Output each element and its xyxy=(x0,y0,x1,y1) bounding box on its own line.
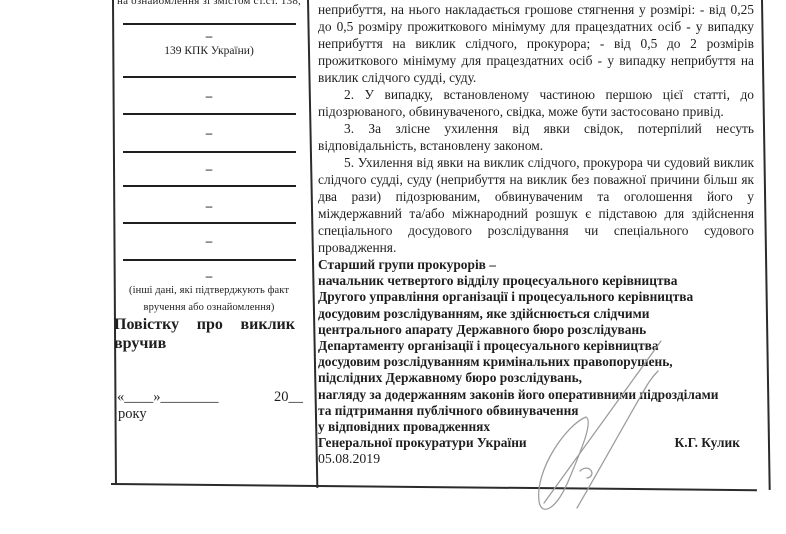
blank-line xyxy=(123,222,296,224)
left-column: на ознайомлення зі змістом ст.ст. 138, –… xyxy=(112,0,306,486)
dash-mark: – xyxy=(112,234,306,248)
blank-line xyxy=(123,185,296,187)
word: Повістку xyxy=(114,315,179,334)
prosecutor-title-line: Старший групи прокурорів – xyxy=(318,257,754,273)
dash-mark: – xyxy=(112,89,306,103)
summons-handed-line1: Повістку про виклик xyxy=(114,315,295,334)
word: про xyxy=(197,315,223,334)
signer-name: К.Г. Кулик xyxy=(675,435,740,451)
dash-mark: – xyxy=(112,29,306,43)
scanned-summons-document: на ознайомлення зі змістом ст.ст. 138, –… xyxy=(0,0,786,534)
blank-line xyxy=(123,76,296,78)
prosecutor-title-line: Другого управління організації і процесу… xyxy=(318,289,754,305)
caption-other-data: вручення або ознайомлення) xyxy=(112,302,306,313)
prosecutor-title-line: начальник четвертого відділу процесуальн… xyxy=(318,273,754,289)
legal-paragraph-3: 3. За злісне ухилення від явки свідок, п… xyxy=(318,120,754,154)
prosecutor-title-line: досудовим розслідуванням, яке здійснюєть… xyxy=(318,306,754,322)
legal-paragraph-2: 2. У випадку, встановленому частиною пер… xyxy=(318,86,754,120)
dash-mark: – xyxy=(112,126,306,140)
table-right-border xyxy=(761,0,771,490)
summons-handed-line2: вручив xyxy=(114,334,295,353)
prosecutor-office-line: Генеральної прокуратури України xyxy=(318,435,527,451)
prosecutor-title-line: та підтримання публічного обвинувачення xyxy=(318,403,754,419)
blank-line xyxy=(123,23,296,25)
prosecutor-title-line: у відповідних провадженнях xyxy=(318,419,754,435)
prosecutor-title-block: Старший групи прокурорів – начальник чет… xyxy=(318,257,754,467)
year-word: року xyxy=(118,406,147,423)
date-year-blank: 20__ xyxy=(274,389,303,406)
date-day-month-blank: «____»________ xyxy=(117,389,219,406)
legal-paragraph-5: 5. Ухилення від явки на виклик слідчого,… xyxy=(318,154,754,256)
cutoff-statute-note: на ознайомлення зі змістом ст.ст. 138, xyxy=(112,0,306,7)
blank-line xyxy=(123,259,296,261)
legal-paragraph-continuation: неприбуття, на нього накладається грошов… xyxy=(318,1,754,86)
signature-row: Генеральної прокуратури України К.Г. Кул… xyxy=(318,435,754,451)
dash-mark: – xyxy=(112,199,306,213)
prosecutor-title-line: нагляду за додержанням законів його опер… xyxy=(318,387,754,403)
prosecutor-title-line: Департаменту організації і процесуальног… xyxy=(318,338,754,354)
dash-mark: – xyxy=(112,269,306,283)
summons-handed-title: Повістку про виклик вручив xyxy=(114,315,295,353)
right-column: неприбуття, на нього накладається грошов… xyxy=(309,0,761,486)
fill-in-date-line: «____»________ 20__ xyxy=(117,389,303,406)
word: виклик xyxy=(241,315,296,334)
statute-reference: 139 КПК України) xyxy=(112,45,306,57)
blank-line xyxy=(123,113,296,115)
blank-line xyxy=(123,151,296,153)
prosecutor-title-line: центрального апарату Державного бюро роз… xyxy=(318,322,754,338)
document-date: 05.08.2019 xyxy=(318,451,754,467)
prosecutor-title-line: досудовим розслідуванням кримінальних пр… xyxy=(318,354,754,370)
dash-mark: – xyxy=(112,162,306,176)
caption-other-data: (інші дані, які підтверджують факт xyxy=(112,285,306,296)
prosecutor-title-line: підслідних Державному бюро розслідувань, xyxy=(318,370,754,386)
